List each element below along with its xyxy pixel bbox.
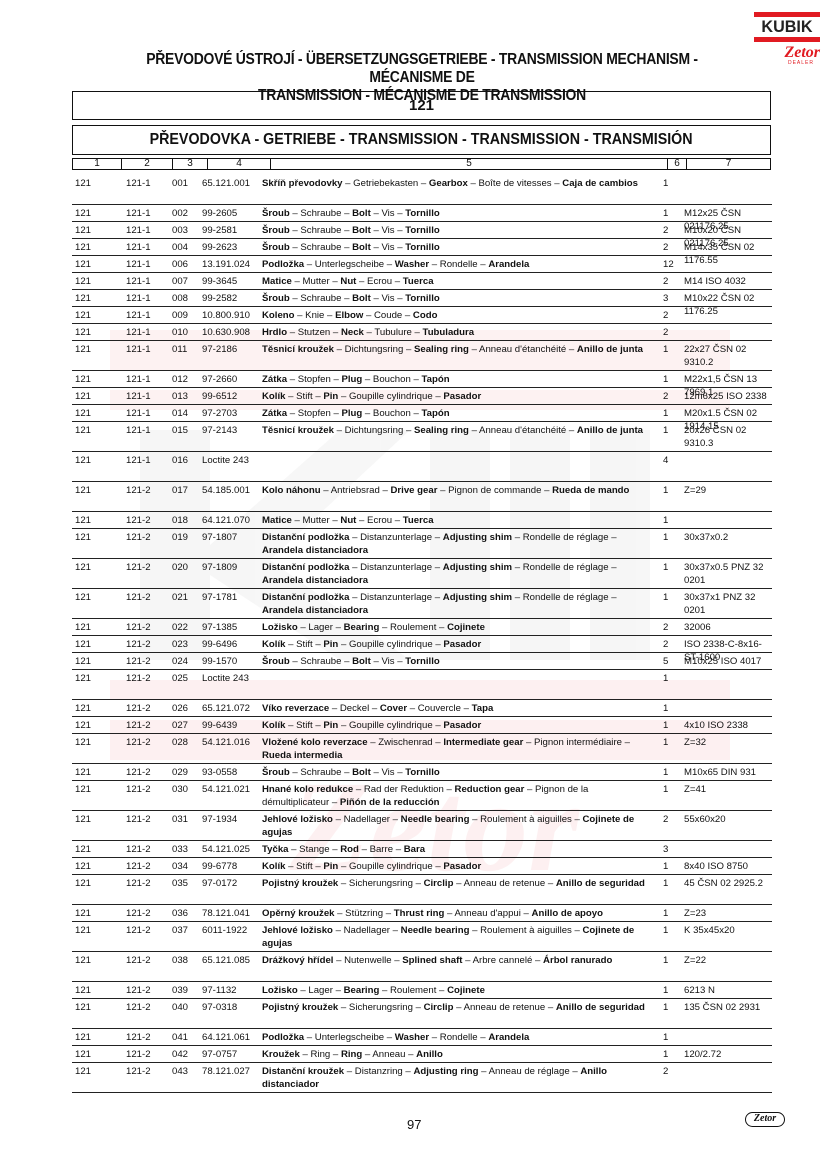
description-term: Kolík <box>262 720 285 731</box>
table-row: 121121-204097-0318Pojistný kroužek – Sic… <box>72 999 772 1029</box>
row-group: 121 <box>72 273 122 290</box>
description-term: Bolt <box>352 293 371 304</box>
description-term: Tornillo <box>405 656 439 667</box>
row-group: 121 <box>72 717 122 734</box>
row-description: Zátka – Stopfen – Plug – Bouchon – Tapón <box>262 371 659 388</box>
row-part-number: 97-0318 <box>202 999 262 1029</box>
description-term: Needle bearing <box>401 925 470 936</box>
row-quantity: 2 <box>659 307 679 324</box>
description-separator-term: – Getriebekasten – <box>343 178 429 189</box>
description-separator-term: – Deckel – <box>329 703 380 714</box>
logo-zetor-text: Zetor <box>754 46 820 60</box>
row-group: 121 <box>72 1046 122 1063</box>
row-part-number: 97-1934 <box>202 811 262 841</box>
row-subgroup: 121-1 <box>122 307 172 324</box>
table-row: 121121-100613.191.024Podložka – Unterleg… <box>72 256 772 273</box>
row-part-number: 97-0172 <box>202 875 262 905</box>
row-subgroup: 121-1 <box>122 239 172 256</box>
row-description: Kolík – Stift – Pin – Goupille cylindriq… <box>262 717 659 734</box>
row-position: 042 <box>172 1046 202 1063</box>
description-term: Adjusting ring <box>413 1066 478 1077</box>
table-row: 121121-203054.121.021Hnané kolo redukce … <box>72 781 772 811</box>
row-note: M20x1.5 ČSN 02 1914.15 <box>679 405 772 422</box>
zetor-footer-logo: Zetor <box>745 1112 785 1127</box>
description-term: Jehlové ložisko <box>262 814 333 825</box>
table-row: 121121-100299-2605Šroub – Schraube – Bol… <box>72 205 772 222</box>
row-note <box>679 1063 772 1093</box>
row-description: Víko reverzace – Deckel – Cover – Couver… <box>262 700 659 717</box>
description-term: Gearbox <box>429 178 468 189</box>
description-term: Tapón <box>421 408 449 419</box>
row-subgroup: 121-2 <box>122 559 172 589</box>
description-term: Pasador <box>443 861 481 872</box>
row-subgroup: 121-2 <box>122 764 172 781</box>
description-term: Tornillo <box>405 767 439 778</box>
row-subgroup: 121-2 <box>122 952 172 982</box>
description-separator-term: – Mutter – <box>292 276 341 287</box>
row-part-number: 54.121.025 <box>202 841 262 858</box>
row-note: 6213 N <box>679 982 772 999</box>
description-separator-term: – Rondelle de réglage – <box>512 532 617 543</box>
description-separator-term: – Stutzen – <box>287 327 341 338</box>
description-separator-term: – Anneau d'appui – <box>444 908 531 919</box>
description-separator-term: – Goupille cylindrique – <box>338 861 443 872</box>
row-note <box>679 1029 772 1046</box>
row-note: M10x25 ISO 4017 <box>679 653 772 670</box>
row-subgroup: 121-1 <box>122 205 172 222</box>
row-subgroup: 121-2 <box>122 858 172 875</box>
row-note <box>679 700 772 717</box>
row-group: 121 <box>72 405 122 422</box>
row-note: M12x25 ČSN 021176.25 <box>679 205 772 222</box>
row-description: Podložka – Unterlegscheibe – Washer – Ro… <box>262 1029 659 1046</box>
description-separator-term: – Barre – <box>359 844 404 855</box>
description-separator-term: – Couvercle – <box>407 703 472 714</box>
row-quantity: 3 <box>659 290 679 307</box>
row-quantity: 1 <box>659 405 679 422</box>
row-description: Hnané kolo redukce – Rad der Reduktion –… <box>262 781 659 811</box>
description-term: Anillo de seguridad <box>556 878 645 889</box>
parts-table: 121121-100165.121.001Skříň převodovky – … <box>72 175 772 1093</box>
row-quantity: 12 <box>659 256 679 273</box>
row-note <box>679 452 772 482</box>
description-separator-term: – Anneau de retenue – <box>453 1002 555 1013</box>
description-separator-term: – Antriebsrad – <box>321 485 391 496</box>
row-note: Z=41 <box>679 781 772 811</box>
row-subgroup: 121-1 <box>122 371 172 388</box>
row-note: 22x27 ČSN 02 9310.2 <box>679 341 772 371</box>
description-term: Árbol ranurado <box>543 955 612 966</box>
description-separator-term: – Schraube – <box>290 293 352 304</box>
row-note: M10x20 ČSN 021176.25 <box>679 222 772 239</box>
row-description: Distanční podložka – Distanzunterlage – … <box>262 559 659 589</box>
row-position: 010 <box>172 324 202 341</box>
description-term: Jehlové ložisko <box>262 925 333 936</box>
row-group: 121 <box>72 341 122 371</box>
description-term: Piñón de la reducción <box>340 797 440 808</box>
row-quantity: 1 <box>659 999 679 1029</box>
row-part-number: 99-2605 <box>202 205 262 222</box>
row-subgroup: 121-1 <box>122 341 172 371</box>
row-position: 004 <box>172 239 202 256</box>
description-separator-term: – Anneau de retenue – <box>453 878 555 889</box>
row-part-number: 99-6512 <box>202 388 262 405</box>
description-term: Pin <box>323 639 338 650</box>
row-quantity: 1 <box>659 371 679 388</box>
description-term: Plug <box>341 408 362 419</box>
table-row: 121121-204378.121.027Distanční kroužek –… <box>72 1063 772 1093</box>
row-quantity: 1 <box>659 512 679 529</box>
description-term: Distanční kroužek <box>262 1066 344 1077</box>
table-row: 121121-203997-1132Ložisko – Lager – Bear… <box>72 982 772 999</box>
description-term: Codo <box>413 310 438 321</box>
row-part-number: 99-2623 <box>202 239 262 256</box>
table-row: 121121-203865.121.085Drážkový hřídel – N… <box>72 952 772 982</box>
row-position: 040 <box>172 999 202 1029</box>
column-header: 3 <box>173 159 208 170</box>
row-note: ISO 2338-C-8x16-ST-1600 <box>679 636 772 653</box>
row-note <box>679 512 772 529</box>
description-term: Pasador <box>443 720 481 731</box>
row-note <box>679 256 772 273</box>
description-term: Ložisko <box>262 622 298 633</box>
description-separator-term: – Rondelle – <box>429 259 488 270</box>
row-part-number: 97-2186 <box>202 341 262 371</box>
description-separator-term: – Nutenwelle – <box>333 955 402 966</box>
row-note: 30x37x1 PNZ 32 0201 <box>679 589 772 619</box>
row-subgroup: 121-2 <box>122 482 172 512</box>
row-group: 121 <box>72 388 122 405</box>
row-subgroup: 121-2 <box>122 589 172 619</box>
row-subgroup: 121-1 <box>122 256 172 273</box>
description-separator-term: – Knie – <box>295 310 336 321</box>
description-separator-term: – Ecrou – <box>356 515 402 526</box>
row-quantity: 1 <box>659 982 679 999</box>
row-position: 006 <box>172 256 202 273</box>
table-row: 121121-202399-6496Kolík – Stift – Pin – … <box>72 636 772 653</box>
row-quantity: 1 <box>659 734 679 764</box>
description-term: Circlip <box>424 1002 454 1013</box>
row-subgroup: 121-2 <box>122 653 172 670</box>
description-term: Arandela distanciadora <box>262 605 368 616</box>
row-group: 121 <box>72 256 122 273</box>
row-part-number: 99-6496 <box>202 636 262 653</box>
description-separator-term: – Anneau de réglage – <box>478 1066 580 1077</box>
description-separator-term: – Roulement à aiguilles – <box>469 925 582 936</box>
description-term: Pasador <box>443 391 481 402</box>
row-note: 120/2.72 <box>679 1046 772 1063</box>
row-description: Šroub – Schraube – Bolt – Vis – Tornillo <box>262 764 659 781</box>
row-group: 121 <box>72 841 122 858</box>
description-separator-term: – Goupille cylindrique – <box>338 720 443 731</box>
row-subgroup: 121-1 <box>122 273 172 290</box>
row-group: 121 <box>72 222 122 239</box>
row-note <box>679 841 772 858</box>
group-number-box: 121 <box>72 91 771 120</box>
description-separator-term: – Anneau d'étanchéité – <box>469 344 577 355</box>
row-group: 121 <box>72 811 122 841</box>
description-separator-term: – Rondelle – <box>429 1032 488 1043</box>
row-note: K 35x45x20 <box>679 922 772 952</box>
row-quantity: 1 <box>659 422 679 452</box>
description-term: Adjusting shim <box>443 532 512 543</box>
row-note: 12m6x25 ISO 2338 <box>679 388 772 405</box>
description-separator-term: – Dichtungsring – <box>334 425 414 436</box>
row-subgroup: 121-2 <box>122 982 172 999</box>
row-position: 029 <box>172 764 202 781</box>
row-quantity: 1 <box>659 922 679 952</box>
description-separator-term: – Distanzunterlage – <box>349 532 442 543</box>
description-separator-term: – Distanzunterlage – <box>349 562 442 573</box>
table-row: 121121-203678.121.041Opěrný kroužek – St… <box>72 905 772 922</box>
page-number: 97 <box>407 1117 421 1132</box>
row-subgroup: 121-2 <box>122 1029 172 1046</box>
row-part-number: 99-6439 <box>202 717 262 734</box>
description-term: Bolt <box>352 656 371 667</box>
row-note: 8x40 ISO 8750 <box>679 858 772 875</box>
row-group: 121 <box>72 781 122 811</box>
row-quantity: 1 <box>659 952 679 982</box>
description-term: Šroub <box>262 767 290 778</box>
row-subgroup: 121-1 <box>122 222 172 239</box>
row-description: Pojistný kroužek – Sicherungsring – Circ… <box>262 999 659 1029</box>
row-quantity: 1 <box>659 670 679 700</box>
row-group: 121 <box>72 324 122 341</box>
row-part-number: 65.121.085 <box>202 952 262 982</box>
row-group: 121 <box>72 653 122 670</box>
row-quantity: 1 <box>659 529 679 559</box>
description-term: Rod <box>340 844 359 855</box>
description-term: Reduction gear <box>455 784 525 795</box>
description-term: Tuerca <box>403 276 434 287</box>
row-subgroup: 121-2 <box>122 999 172 1029</box>
row-position: 034 <box>172 858 202 875</box>
description-term: Distanční podložka <box>262 532 349 543</box>
row-note: 30x37x0.5 PNZ 32 0201 <box>679 559 772 589</box>
row-position: 035 <box>172 875 202 905</box>
row-part-number: 78.121.027 <box>202 1063 262 1093</box>
row-description: Distanční podložka – Distanzunterlage – … <box>262 529 659 559</box>
description-separator-term: – Roulement à aiguilles – <box>469 814 582 825</box>
row-quantity: 1 <box>659 175 679 205</box>
row-part-number: 65.121.001 <box>202 175 262 205</box>
row-subgroup: 121-2 <box>122 781 172 811</box>
description-separator-term: – Bouchon – <box>362 408 421 419</box>
description-term: Washer <box>395 1032 429 1043</box>
table-row: 121121-101197-2186Těsnicí kroužek – Dich… <box>72 341 772 371</box>
description-separator-term: – Distanzring – <box>344 1066 413 1077</box>
row-note: M14 ISO 4032 <box>679 273 772 290</box>
row-position: 024 <box>172 653 202 670</box>
column-header: 6 <box>668 159 687 170</box>
row-description: Vložené kolo reverzace – Zwischenrad – I… <box>262 734 659 764</box>
description-separator-term: – Roulement – <box>379 622 447 633</box>
row-description: Těsnicí kroužek – Dichtungsring – Sealin… <box>262 422 659 452</box>
table-row: 121121-201997-1807Distanční podložka – D… <box>72 529 772 559</box>
description-separator-term: – Pignon intermédiaire – <box>523 737 630 748</box>
description-term: Skříň převodovky <box>262 178 343 189</box>
row-quantity: 4 <box>659 452 679 482</box>
row-group: 121 <box>72 559 122 589</box>
row-position: 030 <box>172 781 202 811</box>
row-group: 121 <box>72 905 122 922</box>
row-subgroup: 121-1 <box>122 422 172 452</box>
table-row: 121121-202197-1781Distanční podložka – D… <box>72 589 772 619</box>
description-separator-term: – Schraube – <box>290 208 352 219</box>
row-subgroup: 121-2 <box>122 512 172 529</box>
description-term: Rueda intermedia <box>262 750 343 761</box>
row-description: Drážkový hřídel – Nutenwelle – Splined s… <box>262 952 659 982</box>
row-quantity: 1 <box>659 764 679 781</box>
row-note <box>679 670 772 700</box>
row-description: Šroub – Schraube – Bolt – Vis – Tornillo <box>262 290 659 307</box>
row-group: 121 <box>72 452 122 482</box>
description-separator-term: – Stift – <box>285 720 323 731</box>
row-position: 016 <box>172 452 202 482</box>
row-position: 008 <box>172 290 202 307</box>
row-position: 031 <box>172 811 202 841</box>
row-position: 019 <box>172 529 202 559</box>
row-position: 018 <box>172 512 202 529</box>
description-separator-term: – Stopfen – <box>287 408 341 419</box>
description-term: Kroužek <box>262 1049 300 1060</box>
description-term: Distanční podložka <box>262 592 349 603</box>
description-separator-term: – Lager – <box>298 985 344 996</box>
description-separator-term: – Lager – <box>298 622 344 633</box>
row-description: Šroub – Schraube – Bolt – Vis – Tornillo <box>262 653 659 670</box>
row-part-number: 78.121.041 <box>202 905 262 922</box>
group-number: 121 <box>409 97 434 114</box>
row-quantity: 2 <box>659 388 679 405</box>
row-group: 121 <box>72 1029 122 1046</box>
row-part-number: 99-1570 <box>202 653 262 670</box>
description-term: Distanční podložka <box>262 562 349 573</box>
row-description: Těsnicí kroužek – Dichtungsring – Sealin… <box>262 341 659 371</box>
description-term: Šroub <box>262 242 290 253</box>
description-term: Hrdlo <box>262 327 287 338</box>
table-row: 121121-203354.121.025Tyčka – Stange – Ro… <box>72 841 772 858</box>
description-term: Cojinete <box>447 985 485 996</box>
row-note: M10x22 ČSN 02 1176.25 <box>679 290 772 307</box>
row-position: 009 <box>172 307 202 324</box>
row-quantity: 1 <box>659 1046 679 1063</box>
row-position: 020 <box>172 559 202 589</box>
table-row: 121121-101597-2143Těsnicí kroužek – Dich… <box>72 422 772 452</box>
description-separator-term: – Anneau d'étanchéité – <box>469 425 577 436</box>
row-subgroup: 121-2 <box>122 700 172 717</box>
description-separator-term: – Vis – <box>371 293 406 304</box>
description-term: Bearing <box>344 985 380 996</box>
table-row: 121121-202499-1570Šroub – Schraube – Bol… <box>72 653 772 670</box>
description-term: Tornillo <box>405 242 439 253</box>
row-note: M14x35 ČSN 02 1176.55 <box>679 239 772 256</box>
description-term: Rueda de mando <box>552 485 629 496</box>
row-note: Z=23 <box>679 905 772 922</box>
row-group: 121 <box>72 670 122 700</box>
row-subgroup: 121-2 <box>122 1046 172 1063</box>
description-term: Bearing <box>344 622 380 633</box>
row-description: Matice – Mutter – Nut – Ecrou – Tuerca <box>262 512 659 529</box>
description-separator-term: – Rad der Reduktion – <box>353 784 454 795</box>
row-position: 001 <box>172 175 202 205</box>
description-term: Sealing ring <box>414 425 469 436</box>
table-row: 121121-203499-6778Kolík – Stift – Pin – … <box>72 858 772 875</box>
row-note: 30x37x0.2 <box>679 529 772 559</box>
table-row: 121121-203197-1934Jehlové ložisko – Nade… <box>72 811 772 841</box>
description-term: Anillo <box>416 1049 443 1060</box>
row-group: 121 <box>72 764 122 781</box>
description-term: Kolík <box>262 391 285 402</box>
kubik-zetor-logo: KUBIK Zetor DEALER <box>754 12 820 72</box>
description-term: Drážkový hřídel <box>262 955 333 966</box>
description-term: Drive gear <box>391 485 438 496</box>
description-separator-term: – Vis – <box>371 242 406 253</box>
row-note: 135 ČSN 02 2931 <box>679 999 772 1029</box>
description-separator-term: – Nadellager – <box>333 814 401 825</box>
section-title-box: PŘEVODOVKA - GETRIEBE - TRANSMISSION - T… <box>72 125 771 155</box>
row-quantity: 2 <box>659 324 679 341</box>
row-part-number: Loctite 243 <box>202 670 262 700</box>
row-position: 043 <box>172 1063 202 1093</box>
row-quantity: 1 <box>659 205 679 222</box>
row-subgroup: 121-1 <box>122 452 172 482</box>
row-quantity: 1 <box>659 482 679 512</box>
row-quantity: 1 <box>659 875 679 905</box>
row-quantity: 1 <box>659 717 679 734</box>
description-term: Cover <box>380 703 407 714</box>
row-position: 028 <box>172 734 202 764</box>
table-row: 121121-204164.121.061Podložka – Unterleg… <box>72 1029 772 1046</box>
row-group: 121 <box>72 205 122 222</box>
table-row: 121121-202993-0558Šroub – Schraube – Bol… <box>72 764 772 781</box>
description-separator-term: – Mutter – <box>292 515 341 526</box>
description-term: Pojistný kroužek <box>262 878 338 889</box>
description-separator-term: – Dichtungsring – <box>334 344 414 355</box>
row-part-number: 54.185.001 <box>202 482 262 512</box>
row-subgroup: 121-2 <box>122 670 172 700</box>
description-separator-term: – Vis – <box>371 225 406 236</box>
row-description: Matice – Mutter – Nut – Ecrou – Tuerca <box>262 273 659 290</box>
column-header: 5 <box>271 159 668 170</box>
row-part-number: 54.121.021 <box>202 781 262 811</box>
row-position: 011 <box>172 341 202 371</box>
description-term: Sealing ring <box>414 344 469 355</box>
description-term: Arandela <box>488 259 529 270</box>
row-position: 038 <box>172 952 202 982</box>
table-row: 121121-101399-6512Kolík – Stift – Pin – … <box>72 388 772 405</box>
row-position: 013 <box>172 388 202 405</box>
row-group: 121 <box>72 422 122 452</box>
description-term: Tubuladura <box>423 327 475 338</box>
row-quantity: 2 <box>659 619 679 636</box>
description-term: Kolo náhonu <box>262 485 321 496</box>
row-note: 45 ČSN 02 2925.2 <box>679 875 772 905</box>
row-part-number: 99-2582 <box>202 290 262 307</box>
row-position: 026 <box>172 700 202 717</box>
row-note: Z=32 <box>679 734 772 764</box>
row-position: 022 <box>172 619 202 636</box>
table-row: 121121-100499-2623Šroub – Schraube – Bol… <box>72 239 772 256</box>
description-term: Bara <box>404 844 425 855</box>
description-separator-term: – Ecrou – <box>356 276 402 287</box>
description-separator-term: – Vis – <box>371 208 406 219</box>
description-term: Pin <box>323 720 338 731</box>
description-term: Šroub <box>262 208 290 219</box>
row-quantity: 1 <box>659 700 679 717</box>
row-description: Ložisko – Lager – Bearing – Roulement – … <box>262 982 659 999</box>
row-group: 121 <box>72 482 122 512</box>
description-term: Anillo de apoyo <box>532 908 603 919</box>
